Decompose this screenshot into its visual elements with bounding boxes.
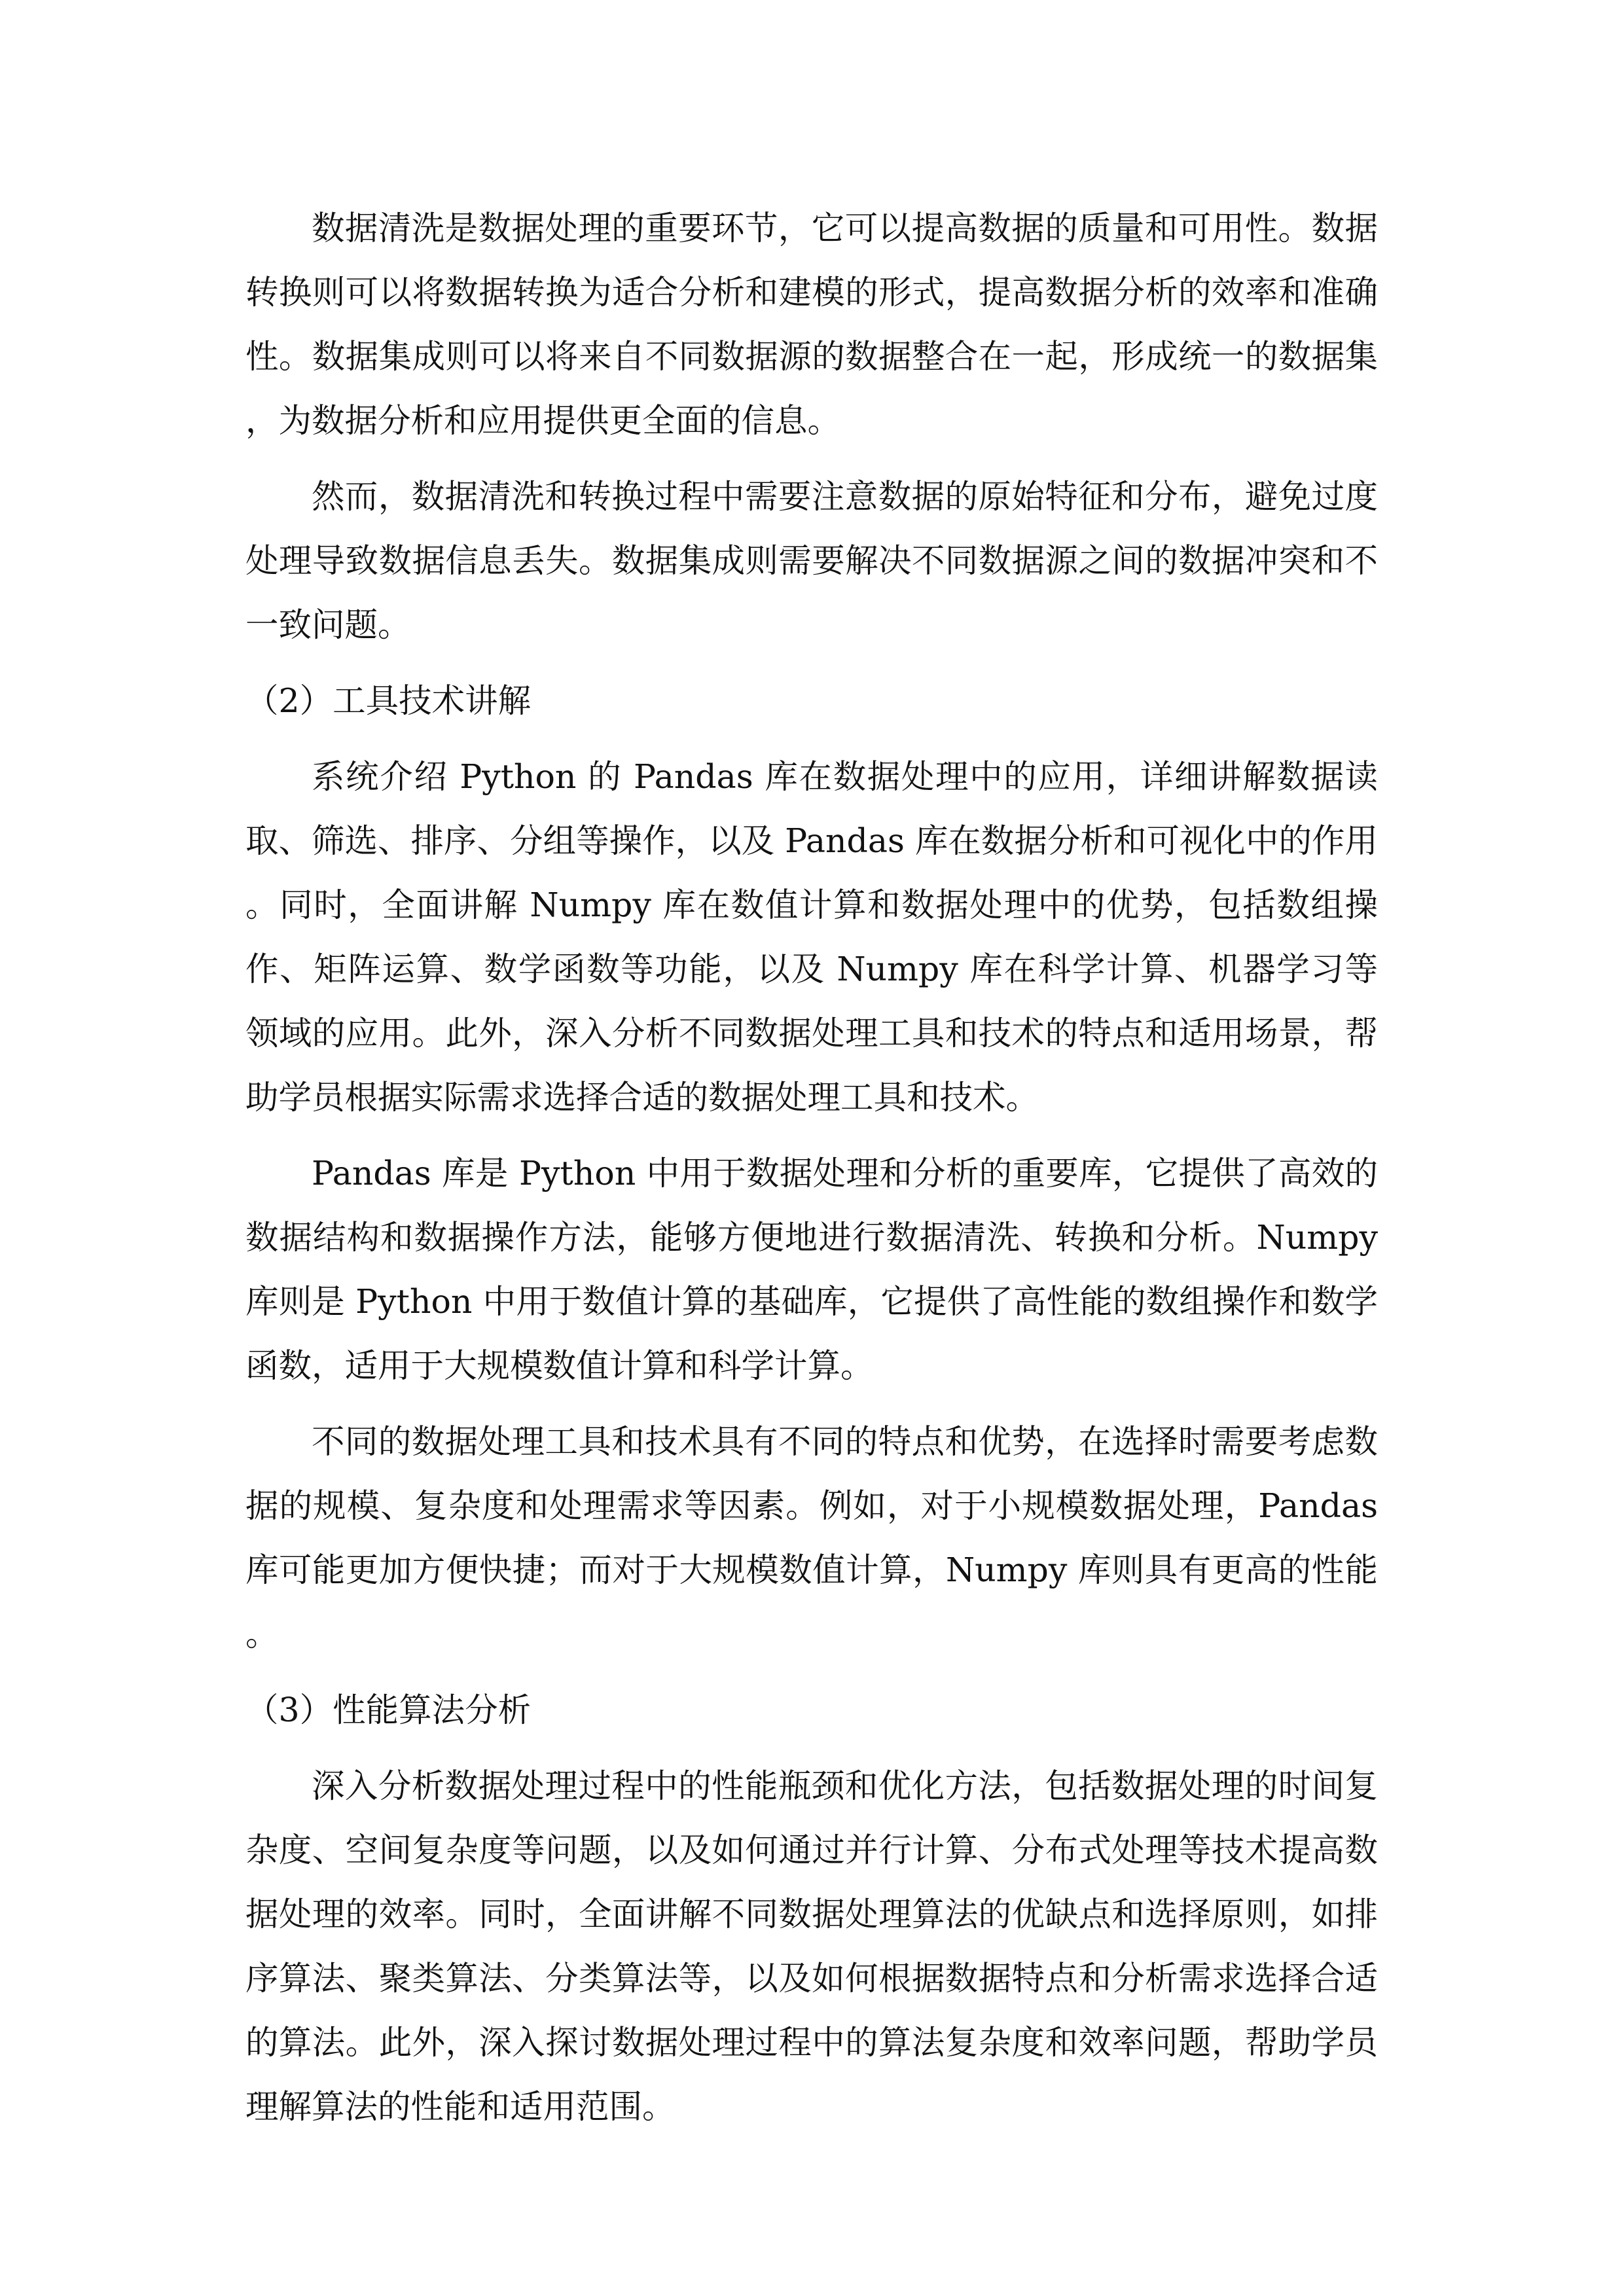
paragraph-cautions: 然而，数据清洗和转换过程中需要注意数据的原始特征和分布，避免过度处理导致数据信息… xyxy=(245,465,1378,657)
paragraph-pandas-numpy: Pandas 库是 Python 中用于数据处理和分析的重要库，它提供了高效的数… xyxy=(245,1141,1378,1398)
paragraph-data-cleaning: 数据清洗是数据处理的重要环节，它可以提高数据的质量和可用性。数据转换则可以将数据… xyxy=(245,196,1378,453)
paragraph-performance-analysis: 深入分析数据处理过程中的性能瓶颈和优化方法，包括数据处理的时间复杂度、空间复杂度… xyxy=(245,1754,1378,2139)
paragraph-tools-intro: 系统介绍 Python 的 Pandas 库在数据处理中的应用，详细讲解数据读取… xyxy=(245,745,1378,1130)
section-heading-performance: （3）性能算法分析 xyxy=(245,1678,1378,1742)
section-heading-tools: （2）工具技术讲解 xyxy=(245,669,1378,733)
document-page: 数据清洗是数据处理的重要环节，它可以提高数据的质量和可用性。数据转换则可以将数据… xyxy=(245,196,1378,2151)
paragraph-tool-selection: 不同的数据处理工具和技术具有不同的特点和优势，在选择时需要考虑数据的规模、复杂度… xyxy=(245,1410,1378,1666)
